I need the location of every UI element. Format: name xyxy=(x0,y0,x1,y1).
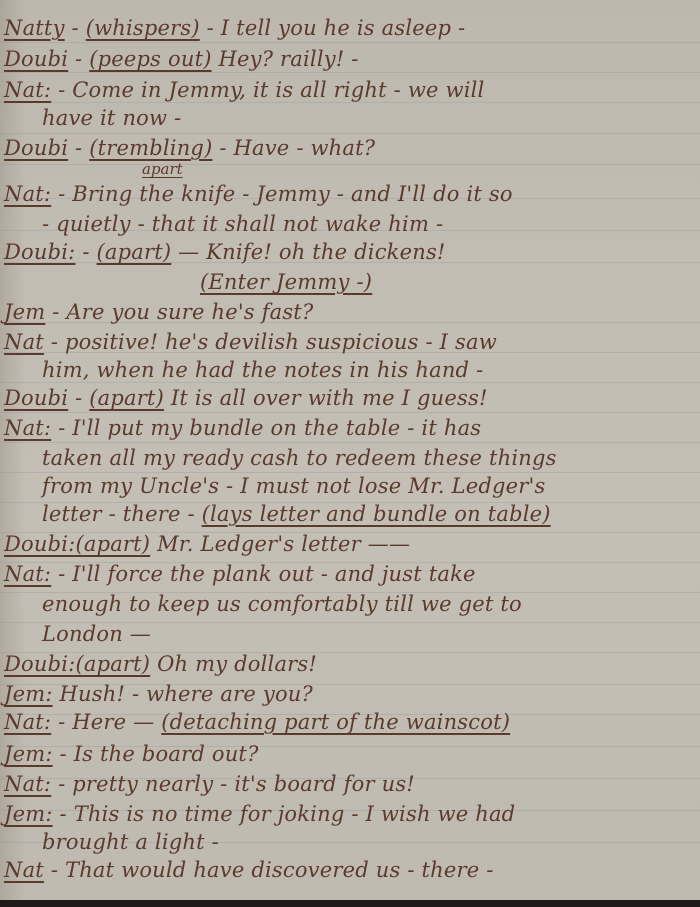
speaker-name: Doubi xyxy=(4,136,68,160)
script-line: Nat: - Come in Jemmy, it is all right - … xyxy=(4,78,484,102)
script-line-continuation: him, when he had the notes in his hand - xyxy=(42,358,483,382)
dialogue-text: Is the board out? xyxy=(74,742,259,766)
speaker-name: Doubi xyxy=(4,386,68,410)
stage-direction: (lays letter and bundle on table) xyxy=(202,502,551,526)
stage-direction: (apart) xyxy=(75,652,150,676)
rule-line xyxy=(0,42,700,43)
speaker-name: Doubi xyxy=(4,47,68,71)
speaker-name: Nat: xyxy=(4,416,51,440)
stage-entrance: (Enter Jemmy -) xyxy=(200,270,372,294)
stage-direction: (trembling) xyxy=(89,136,212,160)
dialogue-text: from my Uncle's - I must not lose Mr. Le… xyxy=(42,474,546,498)
stage-direction: (apart) xyxy=(75,532,150,556)
script-line-continuation: have it now - xyxy=(42,106,181,130)
dialogue-text: Bring the knife - Jemmy - and I'll do it… xyxy=(72,182,512,206)
dialogue-text: Here — xyxy=(72,710,161,734)
script-line: Doubi:(apart) Oh my dollars! xyxy=(4,652,317,676)
dialogue-text: - quietly - that it shall not wake him - xyxy=(42,212,443,236)
speaker-name: Nat: xyxy=(4,182,51,206)
manuscript-page: Natty - (whispers) - I tell you he is as… xyxy=(0,0,700,900)
dialogue-text: Come in Jemmy, it is all right - we will xyxy=(72,78,484,102)
script-line: Jem - Are you sure he's fast? xyxy=(4,300,313,324)
speaker-name: Doubi: xyxy=(4,532,75,556)
dialogue-text: This is no time for joking - I wish we h… xyxy=(74,802,516,826)
dialogue-text: brought a light - xyxy=(42,830,219,854)
dialogue-text: taken all my ready cash to redeem these … xyxy=(42,446,557,470)
dialogue-text: That would have discovered us - there - xyxy=(65,858,494,882)
rule-line xyxy=(0,442,700,443)
script-line-continuation: letter - there - (lays letter and bundle… xyxy=(42,502,551,526)
script-line: Doubi: - (apart) — Knife! oh the dickens… xyxy=(4,240,446,264)
dialogue-text: have it now - xyxy=(42,106,181,130)
script-line: Nat - positive! he's devilish suspicious… xyxy=(4,330,497,354)
stage-direction: (peeps out) xyxy=(89,47,211,71)
script-line: Nat: - Here — (detaching part of the wai… xyxy=(4,710,510,734)
dialogue-text: Hey? railly! - xyxy=(212,47,359,71)
speaker-name: Nat xyxy=(4,330,44,354)
script-line-continuation: taken all my ready cash to redeem these … xyxy=(42,446,557,470)
script-line-continuation: enough to keep us comfortably till we ge… xyxy=(42,592,522,616)
rule-line xyxy=(0,164,700,165)
script-line: Jem: Hush! - where are you? xyxy=(4,682,313,706)
speaker-name: Nat: xyxy=(4,772,51,796)
stage-direction: (apart) xyxy=(89,386,164,410)
stage-direction: (whispers) xyxy=(86,16,200,40)
speaker-name: Doubi: xyxy=(4,652,75,676)
dialogue-text: - I tell you he is asleep - xyxy=(200,16,466,40)
script-line: Nat - That would have discovered us - th… xyxy=(4,858,494,882)
speaker-name: Nat: xyxy=(4,562,51,586)
script-line-continuation: brought a light - xyxy=(42,830,219,854)
dialogue-text: him, when he had the notes in his hand - xyxy=(42,358,483,382)
script-line: Doubi:(apart) Mr. Ledger's letter —— xyxy=(4,532,410,556)
dialogue-text: I'll put my bundle on the table - it has xyxy=(72,416,481,440)
script-line-continuation: London — xyxy=(42,622,151,646)
dialogue-text: - Have - what? xyxy=(212,136,375,160)
script-line-continuation: from my Uncle's - I must not lose Mr. Le… xyxy=(42,474,546,498)
rule-line xyxy=(0,472,700,473)
dialogue-text: It is all over with me I guess! xyxy=(164,386,488,410)
dialogue-text: Hush! - where are you? xyxy=(60,682,313,706)
dialogue-text: letter - there - xyxy=(42,502,202,526)
page-bottom-edge xyxy=(0,900,700,907)
speaker-name: Jem: xyxy=(4,742,53,766)
script-line: Doubi - (trembling) - Have - what? xyxy=(4,136,375,160)
script-line: Natty - (whispers) - I tell you he is as… xyxy=(4,16,465,40)
dialogue-text: pretty nearly - it's board for us! xyxy=(72,772,415,796)
rule-line xyxy=(0,382,700,383)
rule-line xyxy=(0,102,700,103)
dialogue-text: London — xyxy=(42,622,151,646)
script-line: Nat: - I'll put my bundle on the table -… xyxy=(4,416,481,440)
speaker-name: Jem xyxy=(4,300,45,324)
script-line-continuation: - quietly - that it shall not wake him - xyxy=(42,212,443,236)
annotation-apart: apart xyxy=(142,160,183,178)
script-line: Nat: - Bring the knife - Jemmy - and I'l… xyxy=(4,182,513,206)
speaker-name: Jem: xyxy=(4,802,53,826)
dialogue-text: Are you sure he's fast? xyxy=(66,300,313,324)
script-line: Jem: - Is the board out? xyxy=(4,742,259,766)
script-line: Doubi - (peeps out) Hey? railly! - xyxy=(4,47,359,71)
script-line: Jem: - This is no time for joking - I wi… xyxy=(4,802,515,826)
dialogue-text: I'll force the plank out - and just take xyxy=(72,562,475,586)
stage-direction: (apart) xyxy=(97,240,172,264)
dialogue-text: Oh my dollars! xyxy=(150,652,317,676)
rule-line xyxy=(0,412,700,413)
dialogue-text: enough to keep us comfortably till we ge… xyxy=(42,592,522,616)
speaker-name: Nat: xyxy=(4,78,51,102)
script-line: Doubi - (apart) It is all over with me I… xyxy=(4,386,488,410)
script-line: Nat: - pretty nearly - it's board for us… xyxy=(4,772,415,796)
rule-line xyxy=(0,72,700,73)
speaker-name: Doubi: xyxy=(4,240,75,264)
speaker-name: Nat: xyxy=(4,710,51,734)
dialogue-text: positive! he's devilish suspicious - I s… xyxy=(65,330,497,354)
rule-line xyxy=(0,133,700,134)
dialogue-text: Mr. Ledger's letter —— xyxy=(150,532,410,556)
speaker-name: Natty xyxy=(4,16,65,40)
speaker-name: Jem: xyxy=(4,682,53,706)
dialogue-text: — Knife! oh the dickens! xyxy=(171,240,445,264)
stage-direction: (Enter Jemmy -) xyxy=(200,270,372,294)
stage-direction: (detaching part of the wainscot) xyxy=(161,710,510,734)
script-line: Nat: - I'll force the plank out - and ju… xyxy=(4,562,476,586)
speaker-name: Nat xyxy=(4,858,44,882)
